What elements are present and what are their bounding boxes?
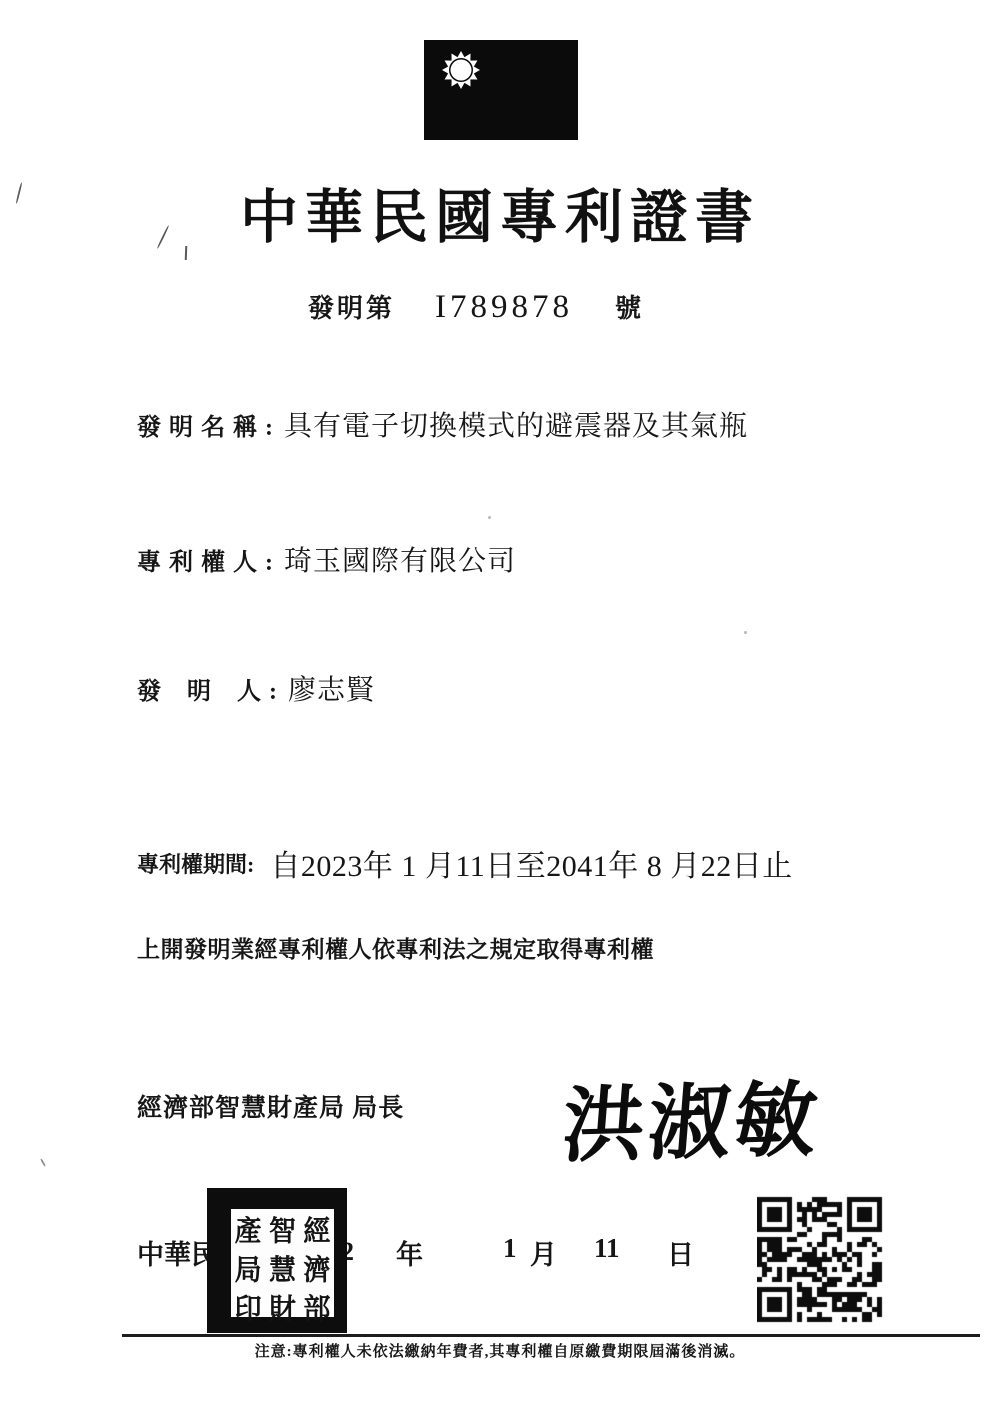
date-day-unit: 日 — [667, 1233, 694, 1272]
issuer-title: 經濟部智慧財產局 局長 — [137, 1088, 404, 1124]
field-patentee: 專 利 權 人 : 琦玉國際有限公司 — [137, 539, 516, 579]
qr-code — [757, 1196, 883, 1324]
patentee-value: 琦玉國際有限公司 — [284, 539, 516, 579]
director-signature: 洪淑敏 — [558, 1054, 825, 1178]
date-month-unit: 月 — [530, 1233, 557, 1272]
scan-artifact — [40, 1158, 46, 1167]
scan-artifact — [744, 631, 747, 634]
field-invention-name: 發 明 名 稱 : 具有電子切換模式的避震器及其氣瓶 — [137, 404, 748, 444]
patent-number: I789878 — [435, 289, 573, 326]
seal-char: 財 — [265, 1286, 299, 1327]
official-seal-stamp: 產 智 經 局 慧 濟 印 財 部 — [207, 1188, 347, 1333]
invention-name-label: 發 明 名 稱 : — [137, 407, 274, 442]
date-month-value: 1 — [503, 1233, 517, 1264]
seal-char: 部 — [300, 1286, 334, 1327]
seal-char: 濟 — [300, 1247, 334, 1288]
patent-number-prefix: 發明第 — [308, 288, 395, 325]
seal-char: 局 — [231, 1247, 265, 1288]
footer-note: 注意:專利權人未依法繳納年費者,其專利權自原繳費期限屆滿後消滅。 — [0, 1340, 1000, 1361]
seal-inscription: 產 智 經 局 慧 濟 印 財 部 — [231, 1209, 334, 1317]
sun-emblem-icon — [424, 40, 578, 140]
roc-flag — [424, 40, 578, 140]
field-inventor: 發 明 人 : 廖志賢 — [137, 668, 375, 708]
seal-char: 智 — [265, 1208, 299, 1249]
patentee-label: 專 利 權 人 : — [137, 542, 274, 577]
field-patent-term: 專利權期間: 自2023年 1 月11日至2041年 8 月22日止 — [137, 841, 793, 885]
inventor-label: 發 明 人 : — [137, 671, 278, 706]
seal-char: 慧 — [265, 1247, 299, 1288]
inventor-value: 廖志賢 — [288, 668, 375, 708]
grant-statement: 上開發明業經專利權人依專利法之規定取得專利權 — [137, 931, 654, 964]
date-day-value: 11 — [594, 1233, 620, 1264]
date-year-unit: 年 — [396, 1233, 423, 1272]
patent-certificate-page: 中華民國專利證書 發明第 I789878 號 發 明 名 稱 : 具有電子切換模… — [0, 0, 1000, 1415]
certificate-title: 中華民國專利證書 — [0, 170, 1000, 254]
patent-number-line: 發明第 I789878 號 — [308, 288, 641, 326]
patent-number-suffix: 號 — [615, 288, 641, 325]
patent-term-label: 專利權期間: — [137, 848, 254, 879]
invention-name-value: 具有電子切換模式的避震器及其氣瓶 — [284, 404, 748, 444]
patent-term-value: 自2023年 1 月11日至2041年 8 月22日止 — [270, 841, 792, 885]
seal-char: 經 — [300, 1208, 334, 1249]
seal-char: 產 — [231, 1208, 265, 1249]
seal-char: 印 — [231, 1286, 265, 1327]
scan-artifact — [488, 516, 491, 519]
footer-divider — [122, 1334, 980, 1337]
